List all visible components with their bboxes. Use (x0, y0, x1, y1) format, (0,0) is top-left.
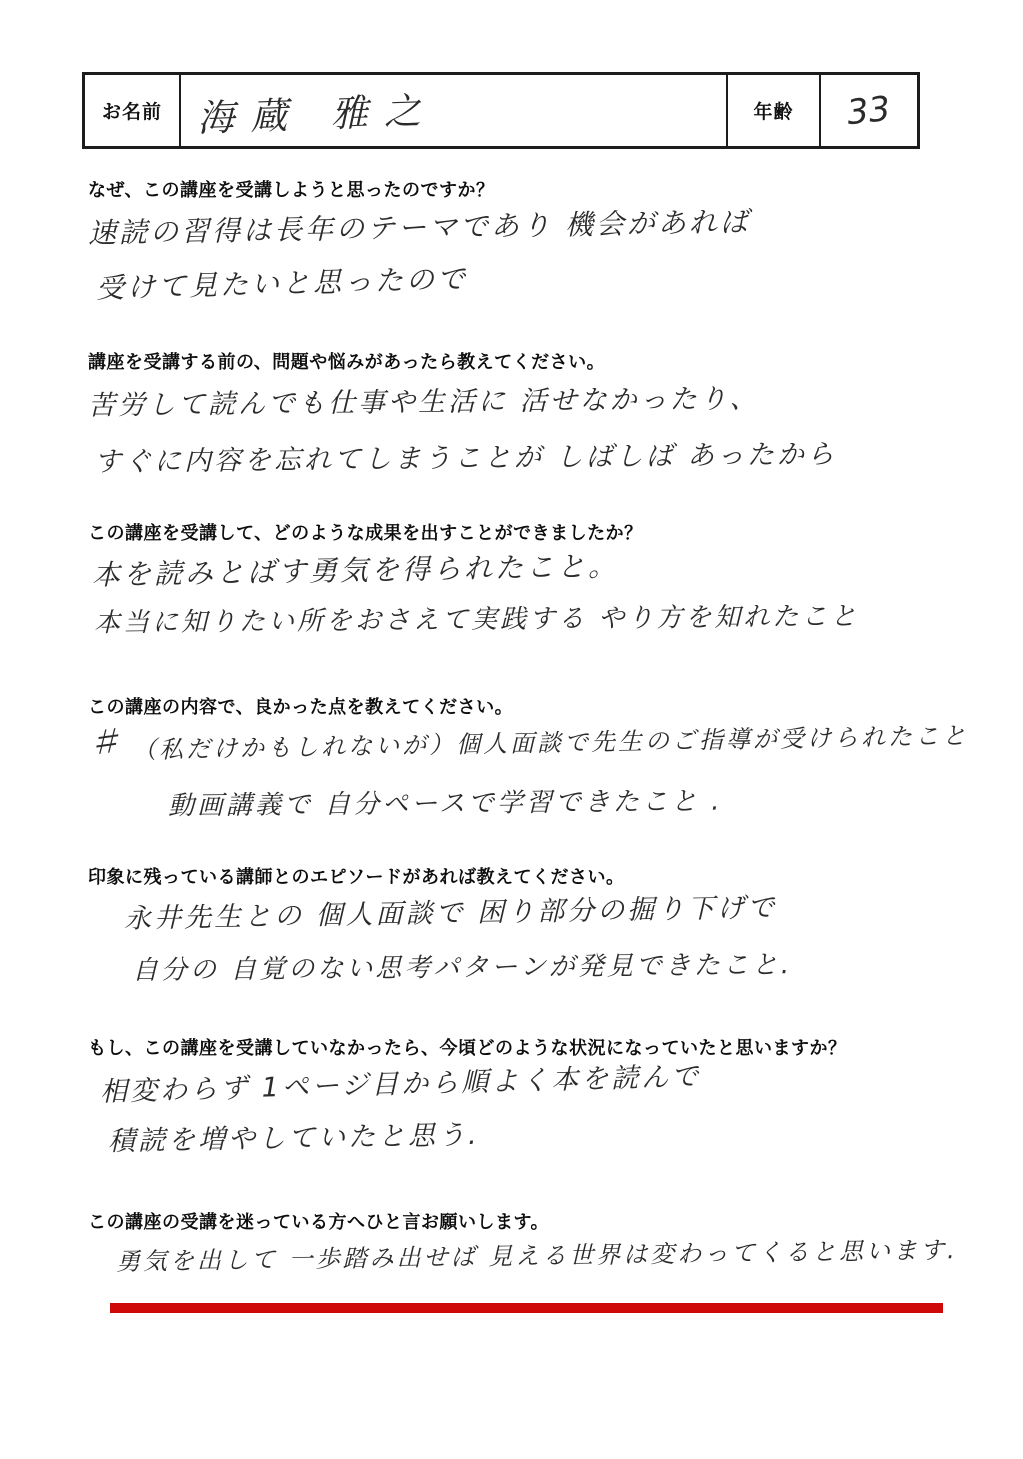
handwritten-answer-line: 本を読みとばす勇気を得られたこと。 (92, 544, 620, 593)
handwritten-answer-line: 動画講義で 自分ペースで学習できたこと . (168, 781, 723, 823)
handwritten-answer-line: 速読の習得は長年のテーマであり 機会があれば (88, 200, 752, 252)
handwritten-answer-line: 積読を増やしていたと思う. (108, 1113, 480, 1158)
question-block-3: この講座を受講して、どのような成果を出すことができましたか？ 本を読みとばす勇気… (88, 519, 993, 545)
handwritten-answer-line: 相変わらず 1ページ目から順よく本を読んで (100, 1054, 702, 1109)
question-label: この講座の内容で、良かった点を教えてください。 (88, 693, 993, 719)
question-label: この講座を受講して、どのような成果を出すことができましたか？ (88, 519, 993, 545)
handwritten-answer-line: 本当に知りたい所をおさえて実践する やり方を知れたこと (94, 596, 860, 640)
question-block-4: この講座の内容で、良かった点を教えてください。 ＃ （私だけかもしれないが）個人… (88, 693, 993, 719)
name-value-cell: 海蔵 雅之 (181, 75, 728, 146)
handwritten-answer-line: 苦労して読んでも仕事や生活に 活せなかったり、 (88, 376, 760, 422)
question-block-1: なぜ、この講座を受講しようと思ったのですか？ 速読の習得は長年のテーマであり 機… (88, 176, 993, 202)
question-label: 講座を受講する前の、問題や悩みがあったら教えてください。 (88, 348, 993, 374)
name-label: お名前 (85, 75, 181, 146)
question-block-5: 印象に残っている講師とのエピソードがあれば教えてください。 永井先生との 個人面… (88, 863, 993, 889)
question-label: 印象に残っている講師とのエピソードがあれば教えてください。 (88, 863, 993, 889)
question-block-6: もし、この講座を受講していなかったら、今頃どのような状況になっていたと思いますか… (88, 1034, 993, 1060)
age-label: 年齢 (728, 75, 821, 146)
question-label: もし、この講座を受講していなかったら、今頃どのような状況になっていたと思いますか… (88, 1034, 993, 1060)
question-block-2: 講座を受講する前の、問題や悩みがあったら教えてください。 苦労して読んでも仕事や… (88, 348, 993, 374)
handwritten-answer-line: 受けて見たいと思ったので (96, 257, 469, 307)
age-value-cell: 33 (821, 75, 917, 146)
respondent-header-table: お名前 海蔵 雅之 年齢 33 (82, 72, 920, 149)
handwritten-answer-line: すぐに内容を忘れてしまうことが しばしば あったから (94, 432, 837, 479)
question-label: なぜ、この講座を受講しようと思ったのですか？ (88, 176, 993, 202)
handwritten-answer-line: 勇気を出して 一歩踏み出せば 見える世界は変わってくると思います. (116, 1230, 958, 1277)
handwritten-hash-mark: ＃ (85, 715, 126, 765)
survey-form-page: お名前 海蔵 雅之 年齢 33 なぜ、この講座を受講しようと思ったのですか？ 速… (0, 0, 1023, 1459)
handwritten-answer-line: 永井先生との 個人面談で 困り部分の掘り下げで (124, 885, 778, 935)
red-divider-bar (110, 1303, 943, 1313)
age-handwritten-value: 33 (845, 88, 892, 132)
question-block-7: この講座の受講を迷っている方へひと言お願いします。 勇気を出して 一歩踏み出せば… (88, 1208, 993, 1234)
name-handwritten-value: 海蔵 雅之 (196, 79, 438, 141)
handwritten-answer-line: （私だけかもしれないが）個人面談で先生のご指導が受けられたこと (132, 716, 969, 766)
question-label: この講座の受講を迷っている方へひと言お願いします。 (88, 1208, 993, 1234)
handwritten-answer-line: 自分の 自覚のない思考パターンが発見できたこと. (132, 944, 792, 987)
